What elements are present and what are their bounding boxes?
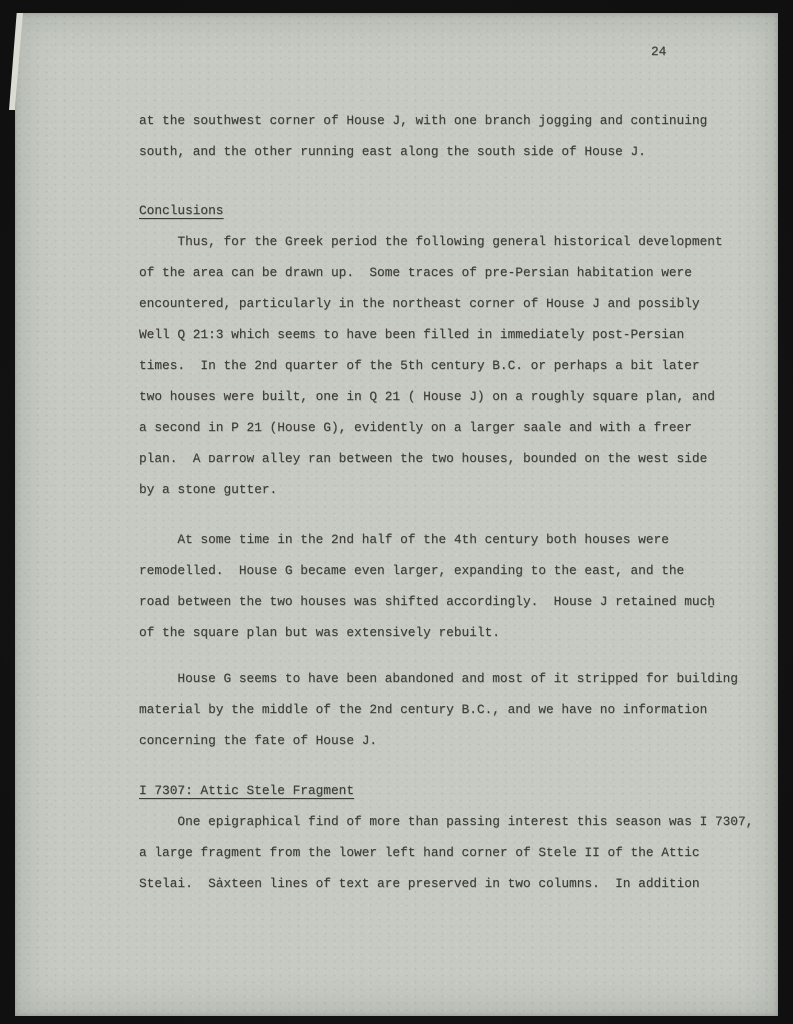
text-line: of the area can be drawn up. Some traces… (139, 257, 769, 288)
text-line: House G seems to have been abandoned and… (139, 663, 769, 694)
text-line: remodelled. House G became even larger, … (139, 555, 769, 586)
text-line: a large fragment from the lower left han… (139, 837, 769, 868)
paragraph-continuation: at the southwest corner of House J, with… (139, 105, 769, 167)
paragraph-lines: House G seems to have been abandoned and… (139, 663, 769, 756)
paragraph-remodelling: At some time in the 2nd half of the 4th … (139, 524, 769, 648)
text-line: plan. A ᴅarrow alley ran between the two… (139, 443, 769, 474)
paragraph-abandonment: House G seems to have been abandoned and… (139, 663, 769, 756)
section-heading: I 7307: Attic Stele Fragment (139, 775, 769, 806)
text-line: a second in P 21 (House G), evidently on… (139, 412, 769, 443)
section-heading: Conclusions (139, 195, 769, 226)
text-line: road between the two houses was shifted … (139, 586, 769, 617)
text-line: two houses were built, one in Q 21 ( Hou… (139, 381, 769, 412)
page-number: 24 (651, 42, 666, 62)
text-line: Well Q 21:3 which seems to have been fil… (139, 319, 769, 350)
text-line: material by the middle of the 2nd centur… (139, 694, 769, 725)
section-conclusions: Conclusions Thus, for the Greek period t… (139, 195, 769, 505)
text-line: encountered, particularly in the northea… (139, 288, 769, 319)
text-line: Stelai. Sȧxteen lines of text are preser… (139, 868, 769, 899)
scanned-document-background: 24 at the southwest corner of House J, w… (0, 0, 793, 1024)
paragraph-lines: at the southwest corner of House J, with… (139, 105, 769, 167)
text-line: At some time in the 2nd half of the 4th … (139, 524, 769, 555)
text-line: by a stone gutter. (139, 474, 769, 505)
text-line: at the southwest corner of House J, with… (139, 105, 769, 136)
text-line: One epigraphical find of more than passi… (139, 806, 769, 837)
text-line: south, and the other running east along … (139, 136, 769, 167)
text-line: Thus, for the Greek period the following… (139, 226, 769, 257)
text-line: times. In the 2nd quarter of the 5th cen… (139, 350, 769, 381)
paragraph-lines: One epigraphical find of more than passi… (139, 806, 769, 899)
paragraph-lines: Thus, for the Greek period the following… (139, 226, 769, 505)
paragraph-lines: At some time in the 2nd half of the 4th … (139, 524, 769, 648)
text-line: concerning the fate of House J. (139, 725, 769, 756)
text-line: of the square plan but was extensively r… (139, 617, 769, 648)
section-attic-stele-fragment: I 7307: Attic Stele Fragment One epigrap… (139, 775, 769, 899)
